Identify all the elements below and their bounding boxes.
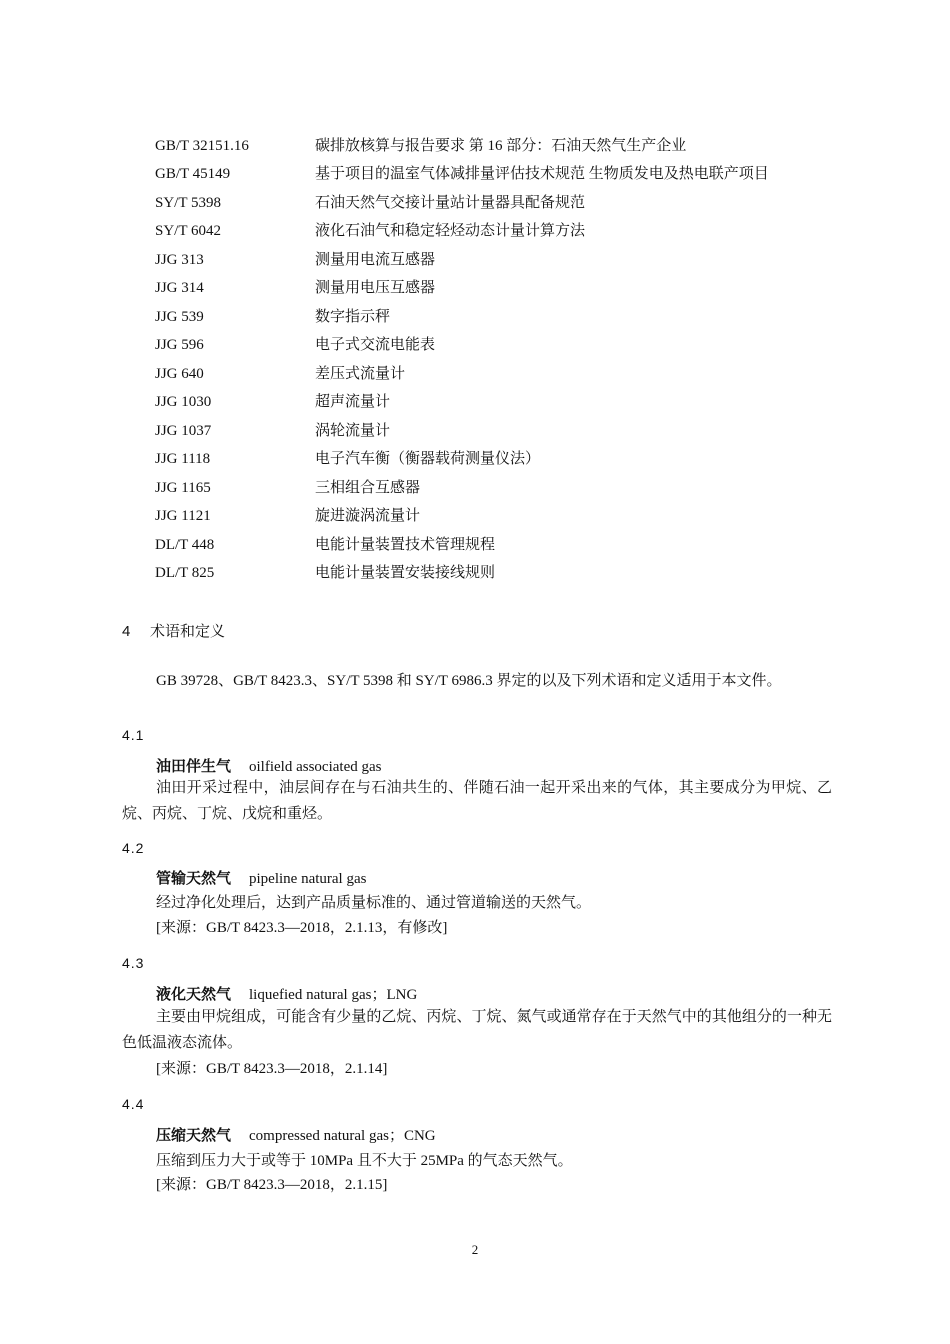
reference-code: GB/T 45149	[155, 163, 230, 185]
reference-title: 测量用电流互感器	[315, 249, 435, 271]
term-definition: 压缩到压力大于或等于 10MPa 且不大于 25MPa 的气态天然气。	[156, 1150, 573, 1172]
reference-code: JJG 1165	[155, 477, 211, 499]
reference-code: GB/T 32151.16	[155, 135, 249, 157]
clause-number: 4.2	[122, 838, 144, 858]
reference-title: 电能计量装置技术管理规程	[315, 534, 495, 556]
reference-code: JJG 314	[155, 277, 204, 299]
reference-code: JJG 1030	[155, 391, 211, 413]
term-source: [来源：GB/T 8423.3—2018，2.1.14]	[156, 1058, 387, 1080]
term-source: [来源：GB/T 8423.3—2018，2.1.15]	[156, 1174, 387, 1196]
term-chinese: 液化天然气	[156, 986, 231, 1003]
reference-title: 旋进漩涡流量计	[315, 505, 420, 527]
term-english: compressed natural gas；CNG	[249, 1128, 436, 1144]
reference-title: 碳排放核算与报告要求 第 16 部分：石油天然气生产企业	[315, 135, 686, 157]
reference-code: DL/T 825	[155, 562, 214, 584]
reference-code: JJG 539	[155, 306, 204, 328]
reference-code: JJG 313	[155, 249, 204, 271]
page-number: 2	[0, 1242, 950, 1258]
reference-code: JJG 596	[155, 334, 204, 356]
clause-number: 4.3	[122, 953, 144, 973]
term-english: liquefied natural gas；LNG	[249, 987, 417, 1003]
term-entry: 管输天然气pipeline natural gas	[156, 868, 366, 890]
term-definition: 主要由甲烷组成，可能含有少量的乙烷、丙烷、丁烷、氮气或通常存在于天然气中的其他组…	[122, 1004, 832, 1056]
term-entry: 液化天然气liquefied natural gas；LNG	[156, 984, 417, 1006]
reference-title: 三相组合互感器	[315, 477, 420, 499]
reference-code: SY/T 5398	[155, 192, 221, 214]
clause-number: 4.4	[122, 1094, 144, 1114]
reference-title: 数字指示秤	[315, 306, 390, 328]
section-intro: GB 39728、GB/T 8423.3、SY/T 5398 和 SY/T 69…	[122, 668, 832, 694]
reference-title: 涡轮流量计	[315, 420, 390, 442]
document-page: GB/T 32151.16碳排放核算与报告要求 第 16 部分：石油天然气生产企…	[0, 0, 950, 1344]
term-english: pipeline natural gas	[249, 871, 366, 887]
reference-code: SY/T 6042	[155, 220, 221, 242]
reference-title: 基于项目的温室气体减排量评估技术规范 生物质发电及热电联产项目	[315, 163, 769, 185]
section-heading: 4术语和定义	[122, 621, 225, 643]
reference-code: DL/T 448	[155, 534, 214, 556]
term-chinese: 管输天然气	[156, 870, 231, 887]
reference-code: JJG 640	[155, 363, 204, 385]
reference-title: 电子式交流电能表	[315, 334, 435, 356]
term-entry: 压缩天然气compressed natural gas；CNG	[156, 1125, 436, 1147]
reference-title: 电子汽车衡（衡器载荷测量仪法）	[315, 448, 540, 470]
reference-code: JJG 1037	[155, 420, 211, 442]
clause-number: 4.1	[122, 725, 144, 745]
reference-title: 测量用电压互感器	[315, 277, 435, 299]
reference-title: 电能计量装置安装接线规则	[315, 562, 495, 584]
term-english: oilfield associated gas	[249, 759, 381, 775]
section-number: 4	[122, 621, 150, 643]
term-chinese: 压缩天然气	[156, 1127, 231, 1144]
reference-code: JJG 1121	[155, 505, 211, 527]
reference-title: 差压式流量计	[315, 363, 405, 385]
reference-title: 石油天然气交接计量站计量器具配备规范	[315, 192, 585, 214]
term-definition: 经过净化处理后，达到产品质量标准的、通过管道输送的天然气。	[156, 892, 591, 914]
term-definition: 油田开采过程中，油层间存在与石油共生的、伴随石油一起开采出来的气体，其主要成分为…	[122, 775, 832, 827]
reference-title: 液化石油气和稳定轻烃动态计量计算方法	[315, 220, 585, 242]
reference-code: JJG 1118	[155, 448, 210, 470]
reference-title: 超声流量计	[315, 391, 390, 413]
term-source: [来源：GB/T 8423.3—2018，2.1.13，有修改]	[156, 917, 447, 939]
term-chinese: 油田伴生气	[156, 758, 231, 775]
section-title: 术语和定义	[150, 623, 225, 640]
